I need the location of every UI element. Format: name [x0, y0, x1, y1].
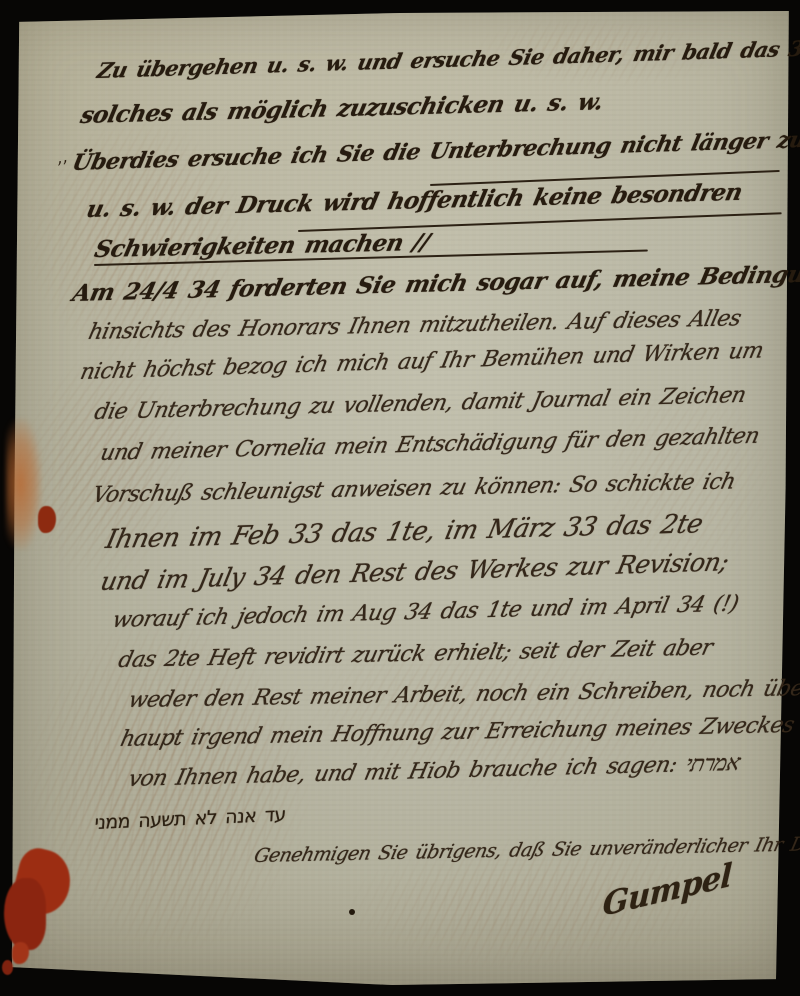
manuscript-line-3: Überdies ersuche ich Sie die Unterbrechu… — [70, 124, 800, 176]
signature: Gumpel — [602, 857, 733, 924]
letter-photograph: ’’ Gumpel Zu übergehen u. s. w. und ersu… — [0, 0, 800, 996]
manuscript-line-16: weder den Rest meiner Arbeit, noch ein S… — [126, 676, 800, 713]
manuscript-line-14: worauf ich jedoch im Aug 34 das 1te und … — [110, 591, 741, 633]
manuscript-line-1: Zu übergehen u. s. w. und ersuche Sie da… — [95, 33, 800, 83]
manuscript-line-2: solches als möglich zuzuschicken u. s. w… — [78, 88, 606, 129]
manuscript-line-17: haupt irgend mein Hoffnung zur Erreichun… — [118, 713, 796, 752]
margin-mark: ’’ — [56, 157, 71, 179]
manuscript-line-15: das 2te Heft revidirt zurück erhielt; se… — [116, 635, 715, 673]
manuscript-line-12: Ihnen im Feb 33 das 1te, im März 33 das … — [103, 509, 705, 555]
manuscript-text: ’’ Gumpel Zu übergehen u. s. w. und ersu… — [0, 0, 800, 996]
manuscript-line-18: von Ihnen habe, und mit Hiob brauche ich… — [126, 750, 742, 792]
manuscript-line-8: nicht höchst bezog ich mich auf Ihr Bemü… — [78, 338, 765, 385]
ink-dot — [349, 909, 355, 915]
manuscript-line-7: hinsichts des Honorars Ihnen mitzutheile… — [86, 306, 743, 345]
manuscript-line-6: Am 24/4 34 forderten Sie mich sogar auf,… — [70, 259, 800, 307]
manuscript-line-11: Vorschuß schleunigst anweisen zu können:… — [90, 469, 738, 508]
hebrew-quote-line: עד אנה לא תשעה ממני — [94, 804, 286, 834]
manuscript-line-9: die Unterbrechung zu vollenden, damit Jo… — [92, 383, 748, 425]
manuscript-line-13: und im July 34 den Rest des Werkes zur R… — [98, 547, 731, 596]
manuscript-line-10: und meiner Cornelia mein Entschädigung f… — [98, 424, 762, 466]
